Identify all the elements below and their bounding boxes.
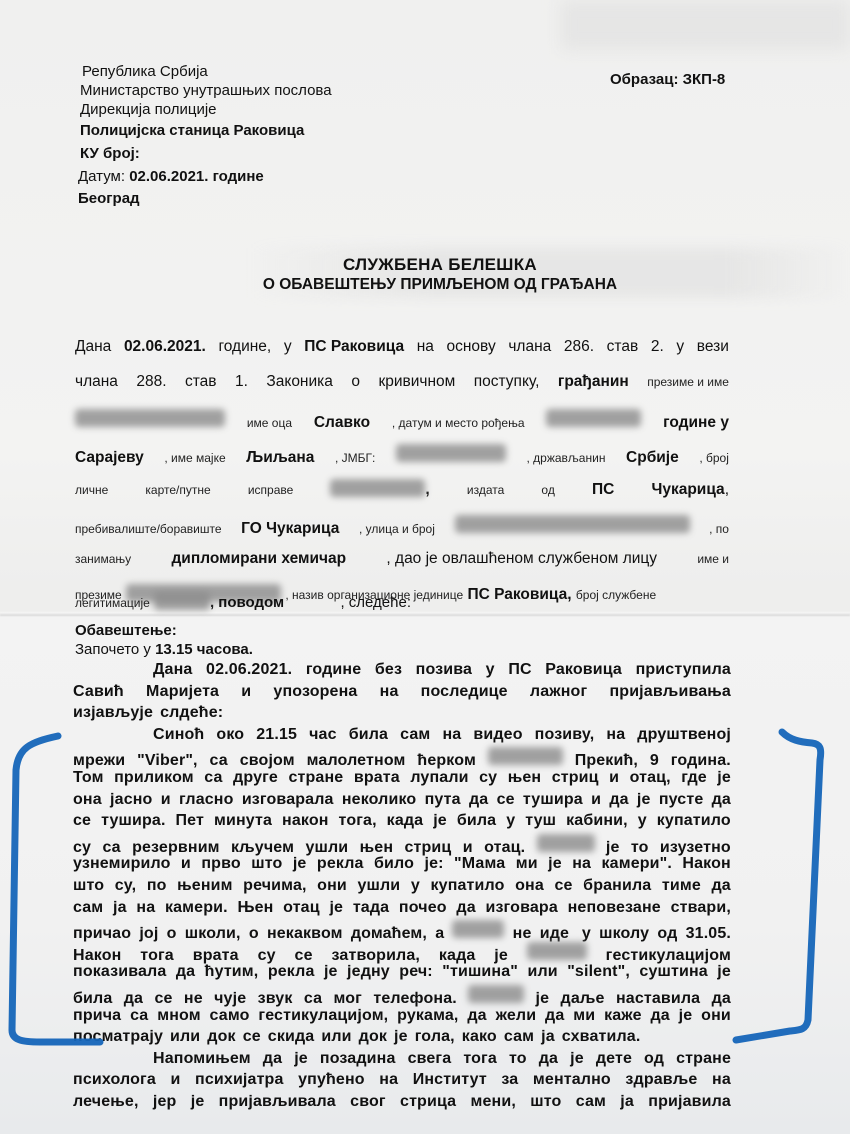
blue-bracket-annotation [0,0,850,1134]
